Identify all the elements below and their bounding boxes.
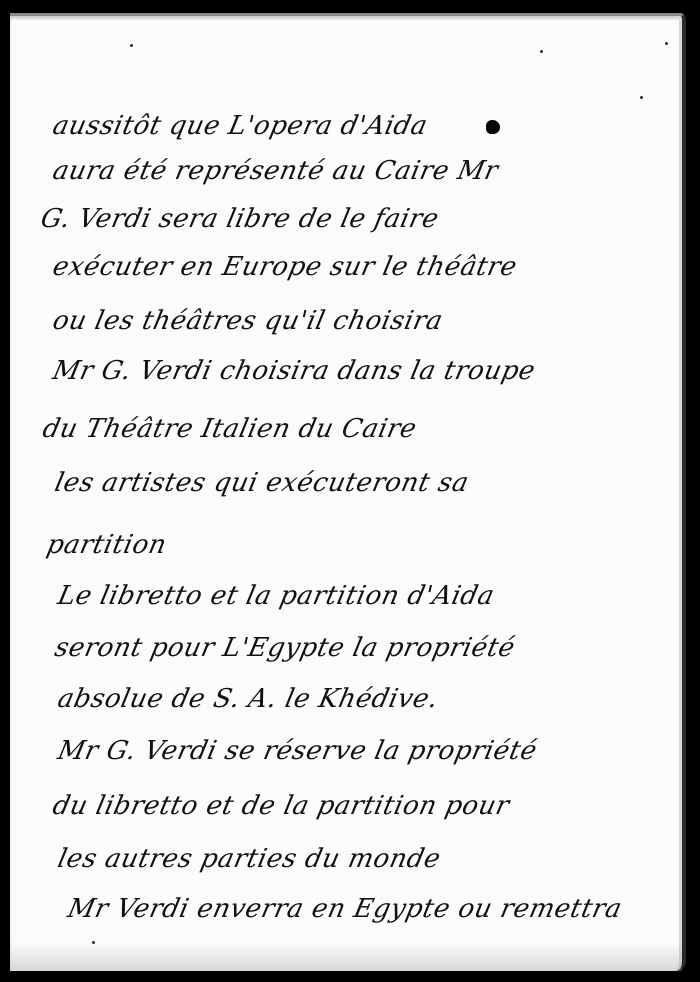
manuscript-line-8: les artistes qui exécuteront sa bbox=[52, 468, 472, 498]
paper-speck bbox=[130, 44, 133, 47]
manuscript-line-6: Mr G. Verdi choisira dans la troupe bbox=[50, 356, 538, 386]
manuscript-line-5: ou les théâtres qu'il choisira bbox=[50, 306, 446, 336]
paper-speck bbox=[640, 96, 643, 99]
manuscript-line-10: Le libretto et la partition d'Aida bbox=[55, 581, 497, 611]
manuscript-line-1: aussitôt que L'opera d'Aida bbox=[50, 111, 430, 141]
manuscript-line-14: du libretto et de la partition pour bbox=[50, 791, 512, 821]
manuscript-line-7: du Théâtre Italien du Caire bbox=[40, 414, 419, 444]
paper-speck bbox=[665, 42, 668, 45]
manuscript-line-4: exécuter en Europe sur le théâtre bbox=[50, 252, 520, 282]
ink-blot bbox=[486, 120, 500, 134]
manuscript-line-3: G. Verdi sera libre de le faire bbox=[38, 204, 441, 234]
manuscript-line-2: aura été représenté au Caire Mr bbox=[50, 156, 501, 186]
manuscript-page: aussitôt que L'opera d'Aida aura été rep… bbox=[10, 13, 686, 971]
manuscript-line-12: absolue de S. A. le Khédive. bbox=[55, 684, 441, 714]
manuscript-line-9: partition bbox=[44, 530, 169, 560]
manuscript-line-15: les autres parties du monde bbox=[55, 844, 443, 874]
manuscript-line-13: Mr G. Verdi se réserve la propriété bbox=[55, 736, 540, 766]
handwritten-text: aussitôt que L'opera d'Aida aura été rep… bbox=[10, 16, 682, 971]
manuscript-line-16: Mr Verdi enverra en Egypte ou remettra bbox=[65, 894, 625, 924]
paper-speck bbox=[92, 941, 95, 944]
manuscript-line-11: seront pour L'Egypte la propriété bbox=[52, 633, 518, 663]
paper-speck bbox=[540, 50, 543, 53]
